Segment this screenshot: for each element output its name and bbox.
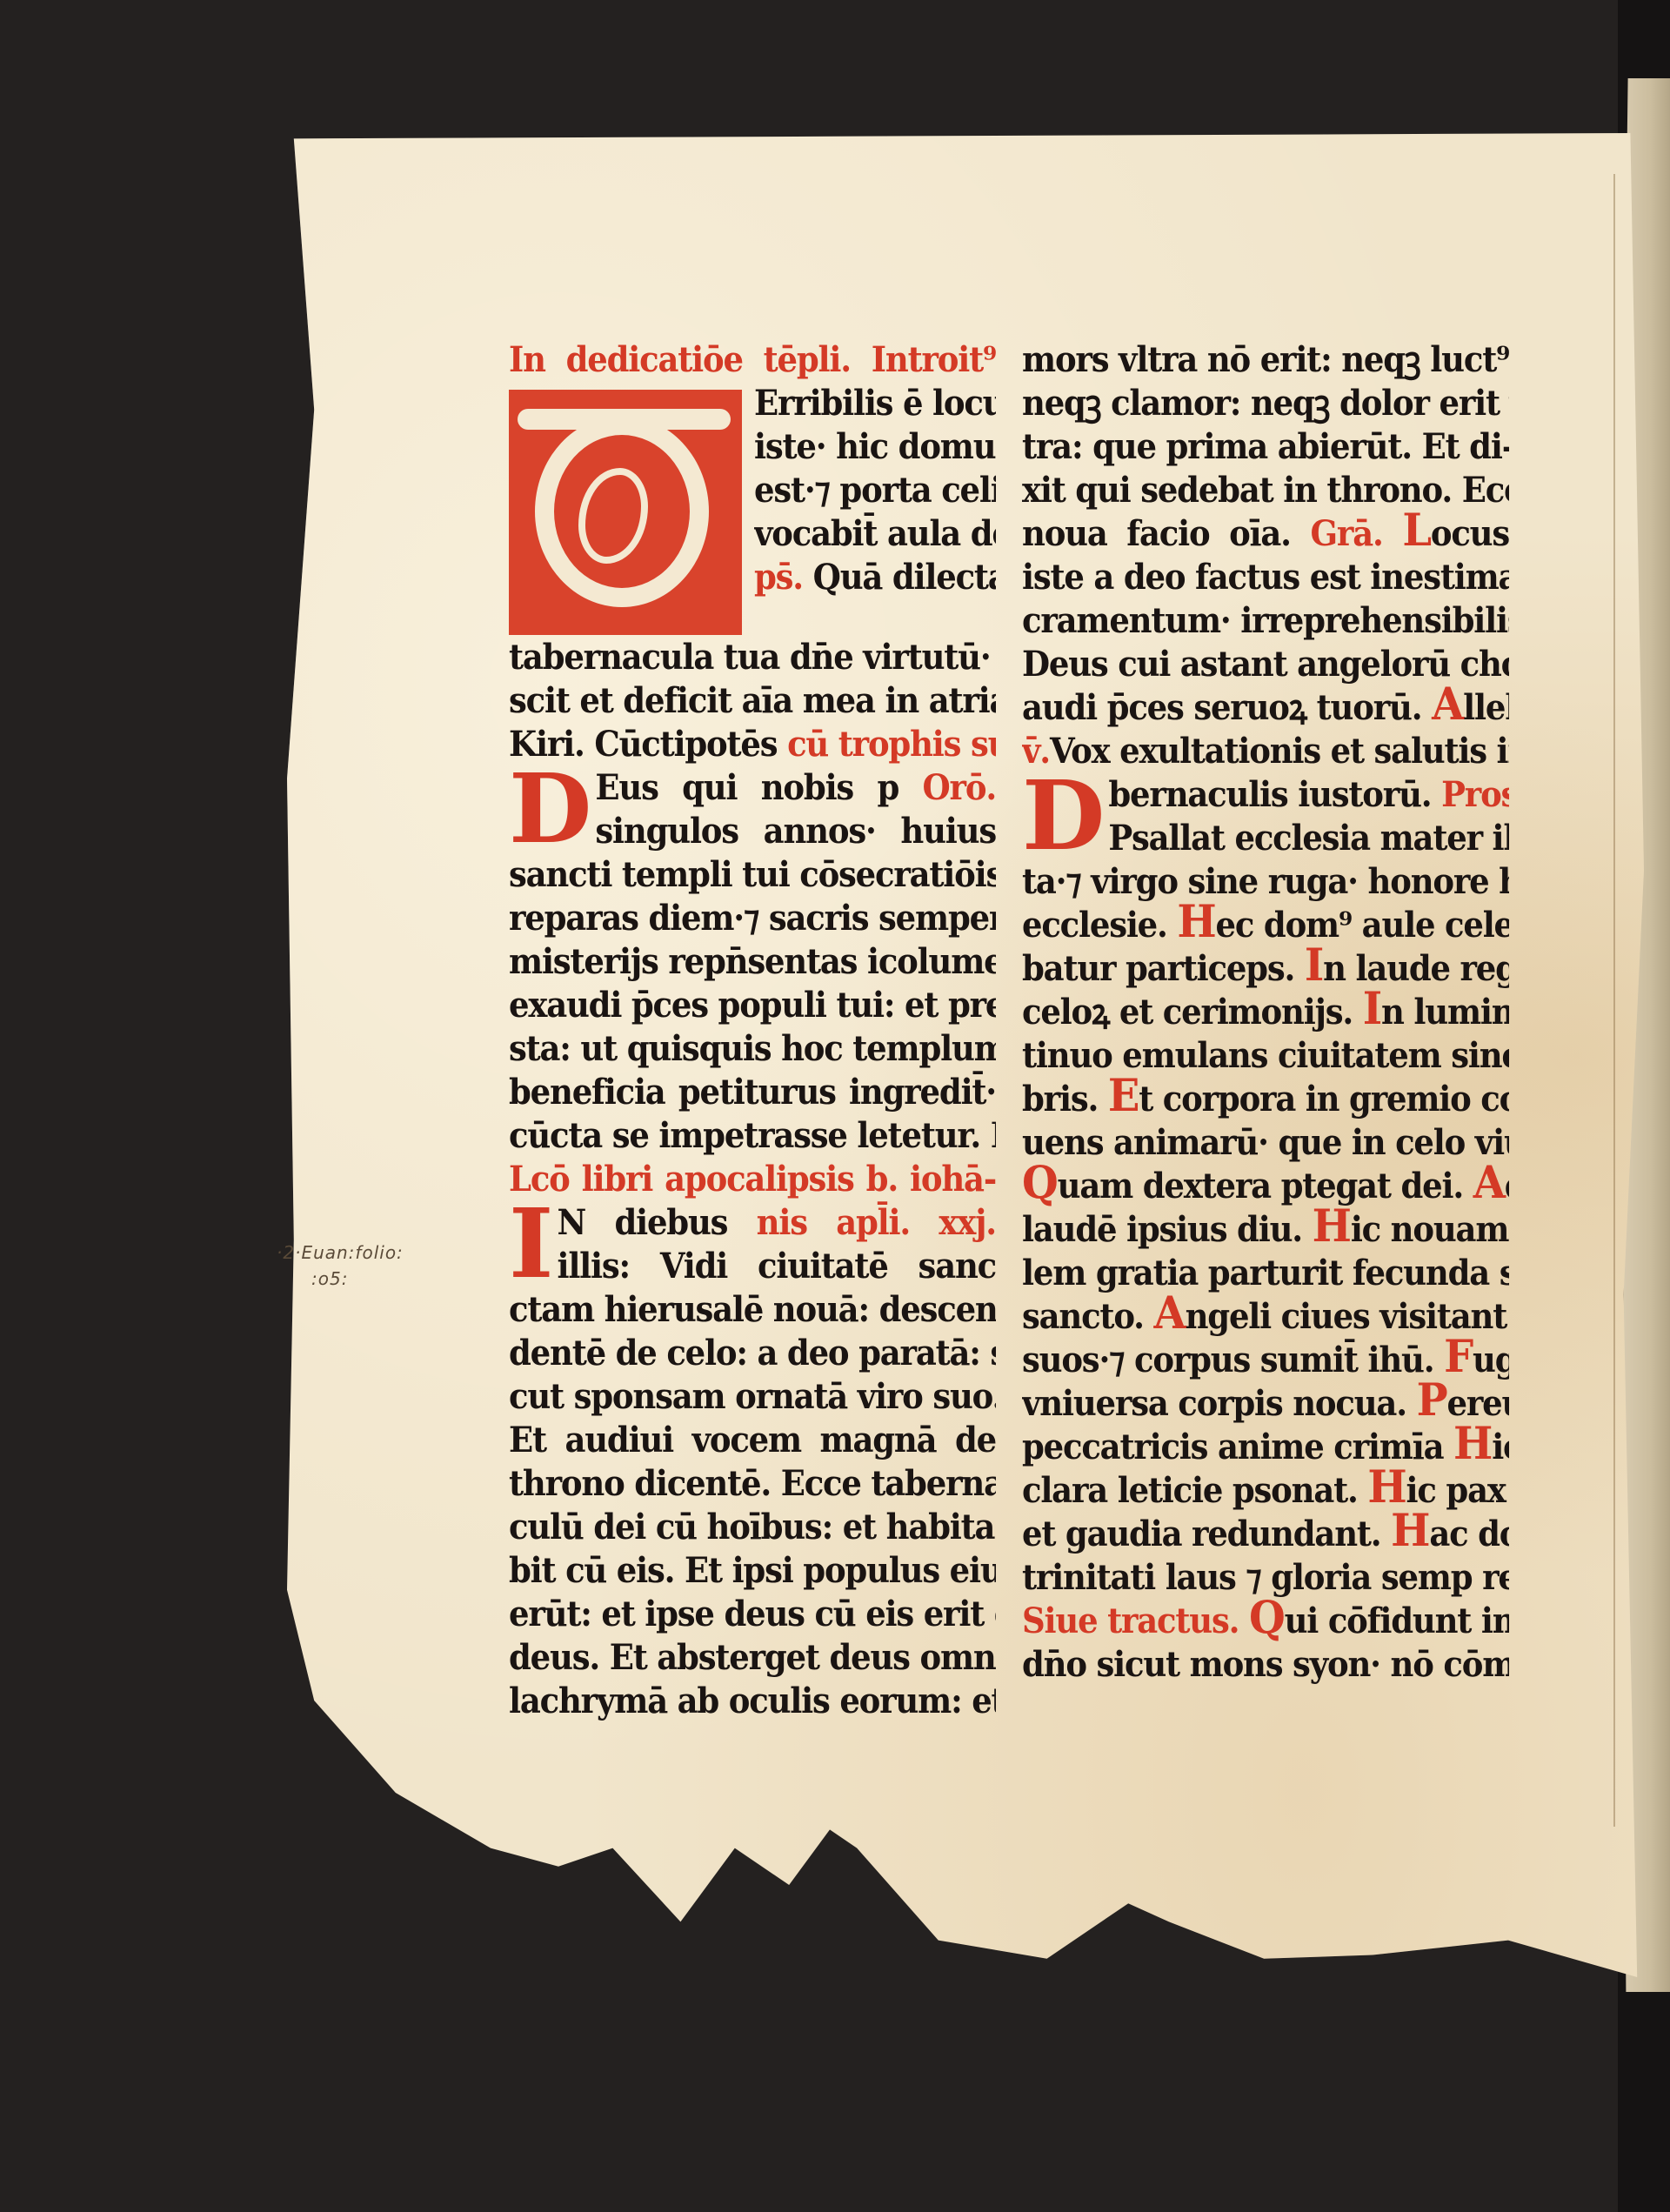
- text-line: sta: ut quisquis hoc templum: [509, 1025, 996, 1072]
- rubric-heading: In dedicatiōe tēpli. Introit⁹: [509, 336, 996, 383]
- rubric: nis apl̄i. xxj.: [757, 1201, 996, 1243]
- red-initial-d-icon: D: [509, 765, 591, 852]
- text-line: cut sponsam ornatā viro suo.: [509, 1373, 996, 1420]
- red-initial-a-icon: A: [1154, 1294, 1186, 1332]
- red-initial-d-icon: D: [1022, 772, 1105, 859]
- page-fold-crease: [1613, 174, 1615, 1827]
- text-line: mors vltra nō erit: neqꝫ luct⁹:: [1022, 336, 1509, 383]
- text-line: iste· hic domus dei: [754, 423, 996, 470]
- rubric: Grā.: [1311, 512, 1383, 554]
- text-line: throno dicentē. Ecce taberna-: [509, 1460, 996, 1507]
- red-initial-h-icon: H: [1391, 1512, 1429, 1549]
- text-line: laudē ipsius diu. Hic nouam pro-: [1022, 1206, 1509, 1253]
- text-line: reparas diem·⁊ sacris semper: [509, 894, 996, 941]
- rubric: cū trophis suis: [787, 723, 996, 765]
- text-line: celoꝝ et cerimonijs. In lumine cō: [1022, 988, 1509, 1035]
- text-line: bris. Et corpora in gremio confo-: [1022, 1075, 1509, 1122]
- red-initial-q-icon: Q: [1022, 1164, 1058, 1201]
- text-line: suos·⁊ corpus sumit̄ ihū. Fugiūt: [1022, 1336, 1509, 1383]
- text-line: iste a deo factus est inestimabile sa-: [1022, 553, 1509, 600]
- text-line: batur particeps. In laude regis: [1022, 945, 1509, 992]
- red-initial-h-icon: H: [1453, 1425, 1492, 1462]
- red-initial-i-icon: I: [509, 1200, 553, 1287]
- text-line: Quam dextera ptegat dei. Ad: [1022, 1162, 1509, 1209]
- text-line: vocabit̄ aula dei.: [754, 510, 996, 557]
- text-line: et gaudia redundant. Hac domo: [1022, 1510, 1509, 1557]
- text-line: uens animarū· que in celo viuunt.: [1022, 1119, 1509, 1166]
- red-initial-l-icon: L: [1402, 511, 1431, 549]
- red-initial-h-icon: H: [1367, 1468, 1406, 1506]
- rubric: ps̄.: [754, 556, 803, 598]
- text-line: Psallat ecclesia mater illiba-: [1108, 814, 1509, 859]
- margin-note-line-2: :o5:: [277, 1266, 404, 1292]
- text-line: Erribilis ē locus: [754, 379, 996, 426]
- woodcut-initial-t-icon: [509, 390, 742, 635]
- rubric: Orō.: [923, 766, 996, 808]
- text-line: vniuersa corpis nocua. Pereunt: [1022, 1380, 1509, 1427]
- red-initial-h-icon: H: [1313, 1207, 1351, 1245]
- text-line: Et audiui vocem magnā de: [509, 1416, 996, 1463]
- text-line: peccatricis anime crimīa Hic vox: [1022, 1423, 1509, 1470]
- red-initial-i-icon: I: [1363, 990, 1381, 1027]
- text-line: ps̄. Quā dilecta: [754, 553, 996, 600]
- red-initial-e-icon: E: [1108, 1077, 1139, 1114]
- text-line: Deus cui astant angelorū chori· ex-: [1022, 640, 1509, 687]
- text-line: tinuo emulans ciuitatem sine tene-: [1022, 1032, 1509, 1079]
- text-line: tra: que prima abierūt. Et di-: [1022, 423, 1509, 470]
- text-line: neqꝫ clamor: neqꝫ dolor erit vl-: [1022, 379, 1509, 426]
- rubric: Prosa.: [1441, 773, 1509, 815]
- lectio-block: I N diebus nis apl̄i. xxj. illis: Vidi c…: [509, 1200, 996, 1287]
- red-initial-p-icon: P: [1417, 1381, 1447, 1419]
- text-line: tabernacula tua dn̄e virtutū· Concupi: [509, 633, 996, 680]
- text-line: sancti templi tui cōsecratiōis: [509, 851, 996, 898]
- red-initial-q-icon: Q: [1249, 1599, 1285, 1636]
- red-initial-a-icon: A: [1473, 1164, 1505, 1201]
- rubric: v̄.: [1022, 730, 1050, 772]
- text-line: Kiri. Cūctipotēs cū trophis suis: [509, 720, 996, 767]
- text-line: ecclesie. Hec dom⁹ aule celestis p-: [1022, 901, 1509, 948]
- text-line: est·⁊ porta celi· et: [754, 466, 996, 513]
- text-line: noua facio oīa. Grā. Locus: [1022, 510, 1509, 557]
- red-initial-f-icon: F: [1444, 1338, 1473, 1375]
- red-initial-h-icon: H: [1177, 903, 1215, 940]
- text-line: Siue tractus. Qui cōfidunt in: [1022, 1597, 1509, 1644]
- margin-note-line-1: ·2·Euan:folio:: [277, 1242, 404, 1263]
- text-line: culū dei cū hoībus: et habita-: [509, 1503, 996, 1550]
- text-line: trinitati laus ⁊ gloria semp resultāt: [1022, 1554, 1509, 1601]
- prosa-block: D bernaculis iustorū. Prosa. Psallat ecc…: [1022, 772, 1509, 859]
- text-line: misterijs repn̄sentas icolumes·: [509, 938, 996, 985]
- text-line: v̄.Vox exultationis et salutis in ta: [1022, 727, 1509, 774]
- text-line: audi p̄ces seruoꝝ tuorū. Alleluia.: [1022, 684, 1509, 731]
- text-line: illis: Vidi ciuitatē sanc: [557, 1242, 996, 1287]
- text-line: beneficia petiturus ingredit̄·: [509, 1068, 996, 1115]
- text-line: deus. Et absterget deus omnē: [509, 1634, 996, 1681]
- text-line: N diebus nis apl̄i. xxj.: [557, 1200, 996, 1246]
- text-line: bit cū eis. Et ipsi populus eius: [509, 1547, 996, 1594]
- rubric-lectio: Lcō libri apocalipsis b. iohā-: [509, 1155, 996, 1202]
- text-line: xit qui sedebat in throno. Ecce: [1022, 466, 1509, 513]
- text-line: ta·⁊ virgo sine ruga· honore huius: [1022, 858, 1509, 905]
- text-line: erūt: et ipse deus cū eis erit eoꝝ: [509, 1590, 996, 1637]
- red-initial-i-icon: I: [1305, 946, 1323, 984]
- red-initial-a-icon: A: [1432, 685, 1463, 723]
- text-line: dentē de celo: a deo paratā: si-: [509, 1329, 996, 1376]
- right-text-column: mors vltra nō erit: neqꝫ luct⁹: neqꝫ cla…: [1022, 337, 1509, 1686]
- oratio-block: D Eus qui nobis p Orō. singulos annos· h…: [509, 765, 996, 852]
- text-line: sancto. Angeli ciues visitant hic: [1022, 1293, 1509, 1340]
- text-line: dn̄o sicut mons syon· nō cōmouebi: [1022, 1641, 1509, 1687]
- text-line: Eus qui nobis p Orō.: [595, 765, 996, 811]
- text-line: lem gratia parturit fecunda spiritu: [1022, 1249, 1509, 1296]
- text-line: lachrymā ab oculis eorum: et: [509, 1677, 996, 1724]
- text-line: scit et deficit aīa mea in atria domi.: [509, 677, 996, 724]
- left-text-column: In dedicatiōe tēpli. Introit⁹ Erribilis …: [509, 337, 996, 1722]
- text-line: cūcta se impetrasse letetur. P.: [509, 1112, 996, 1159]
- text-line: exaudi p̄ces populi tui: et pre-: [509, 981, 996, 1028]
- text-line: clara leticie psonat. Hic pax sal⁹: [1022, 1467, 1509, 1514]
- text-line: singulos annos· huius: [595, 807, 996, 852]
- text-line: ctam hierusalē nouā: descen-: [509, 1286, 996, 1333]
- text-line: cramentum· irreprehensibilis est. v̄.: [1022, 597, 1509, 644]
- marginal-annotation: ·2·Euan:folio: :o5:: [277, 1240, 404, 1292]
- text-line: bernaculis iustorū. Prosa.: [1108, 772, 1509, 818]
- rubric: Siue tractus.: [1022, 1600, 1239, 1641]
